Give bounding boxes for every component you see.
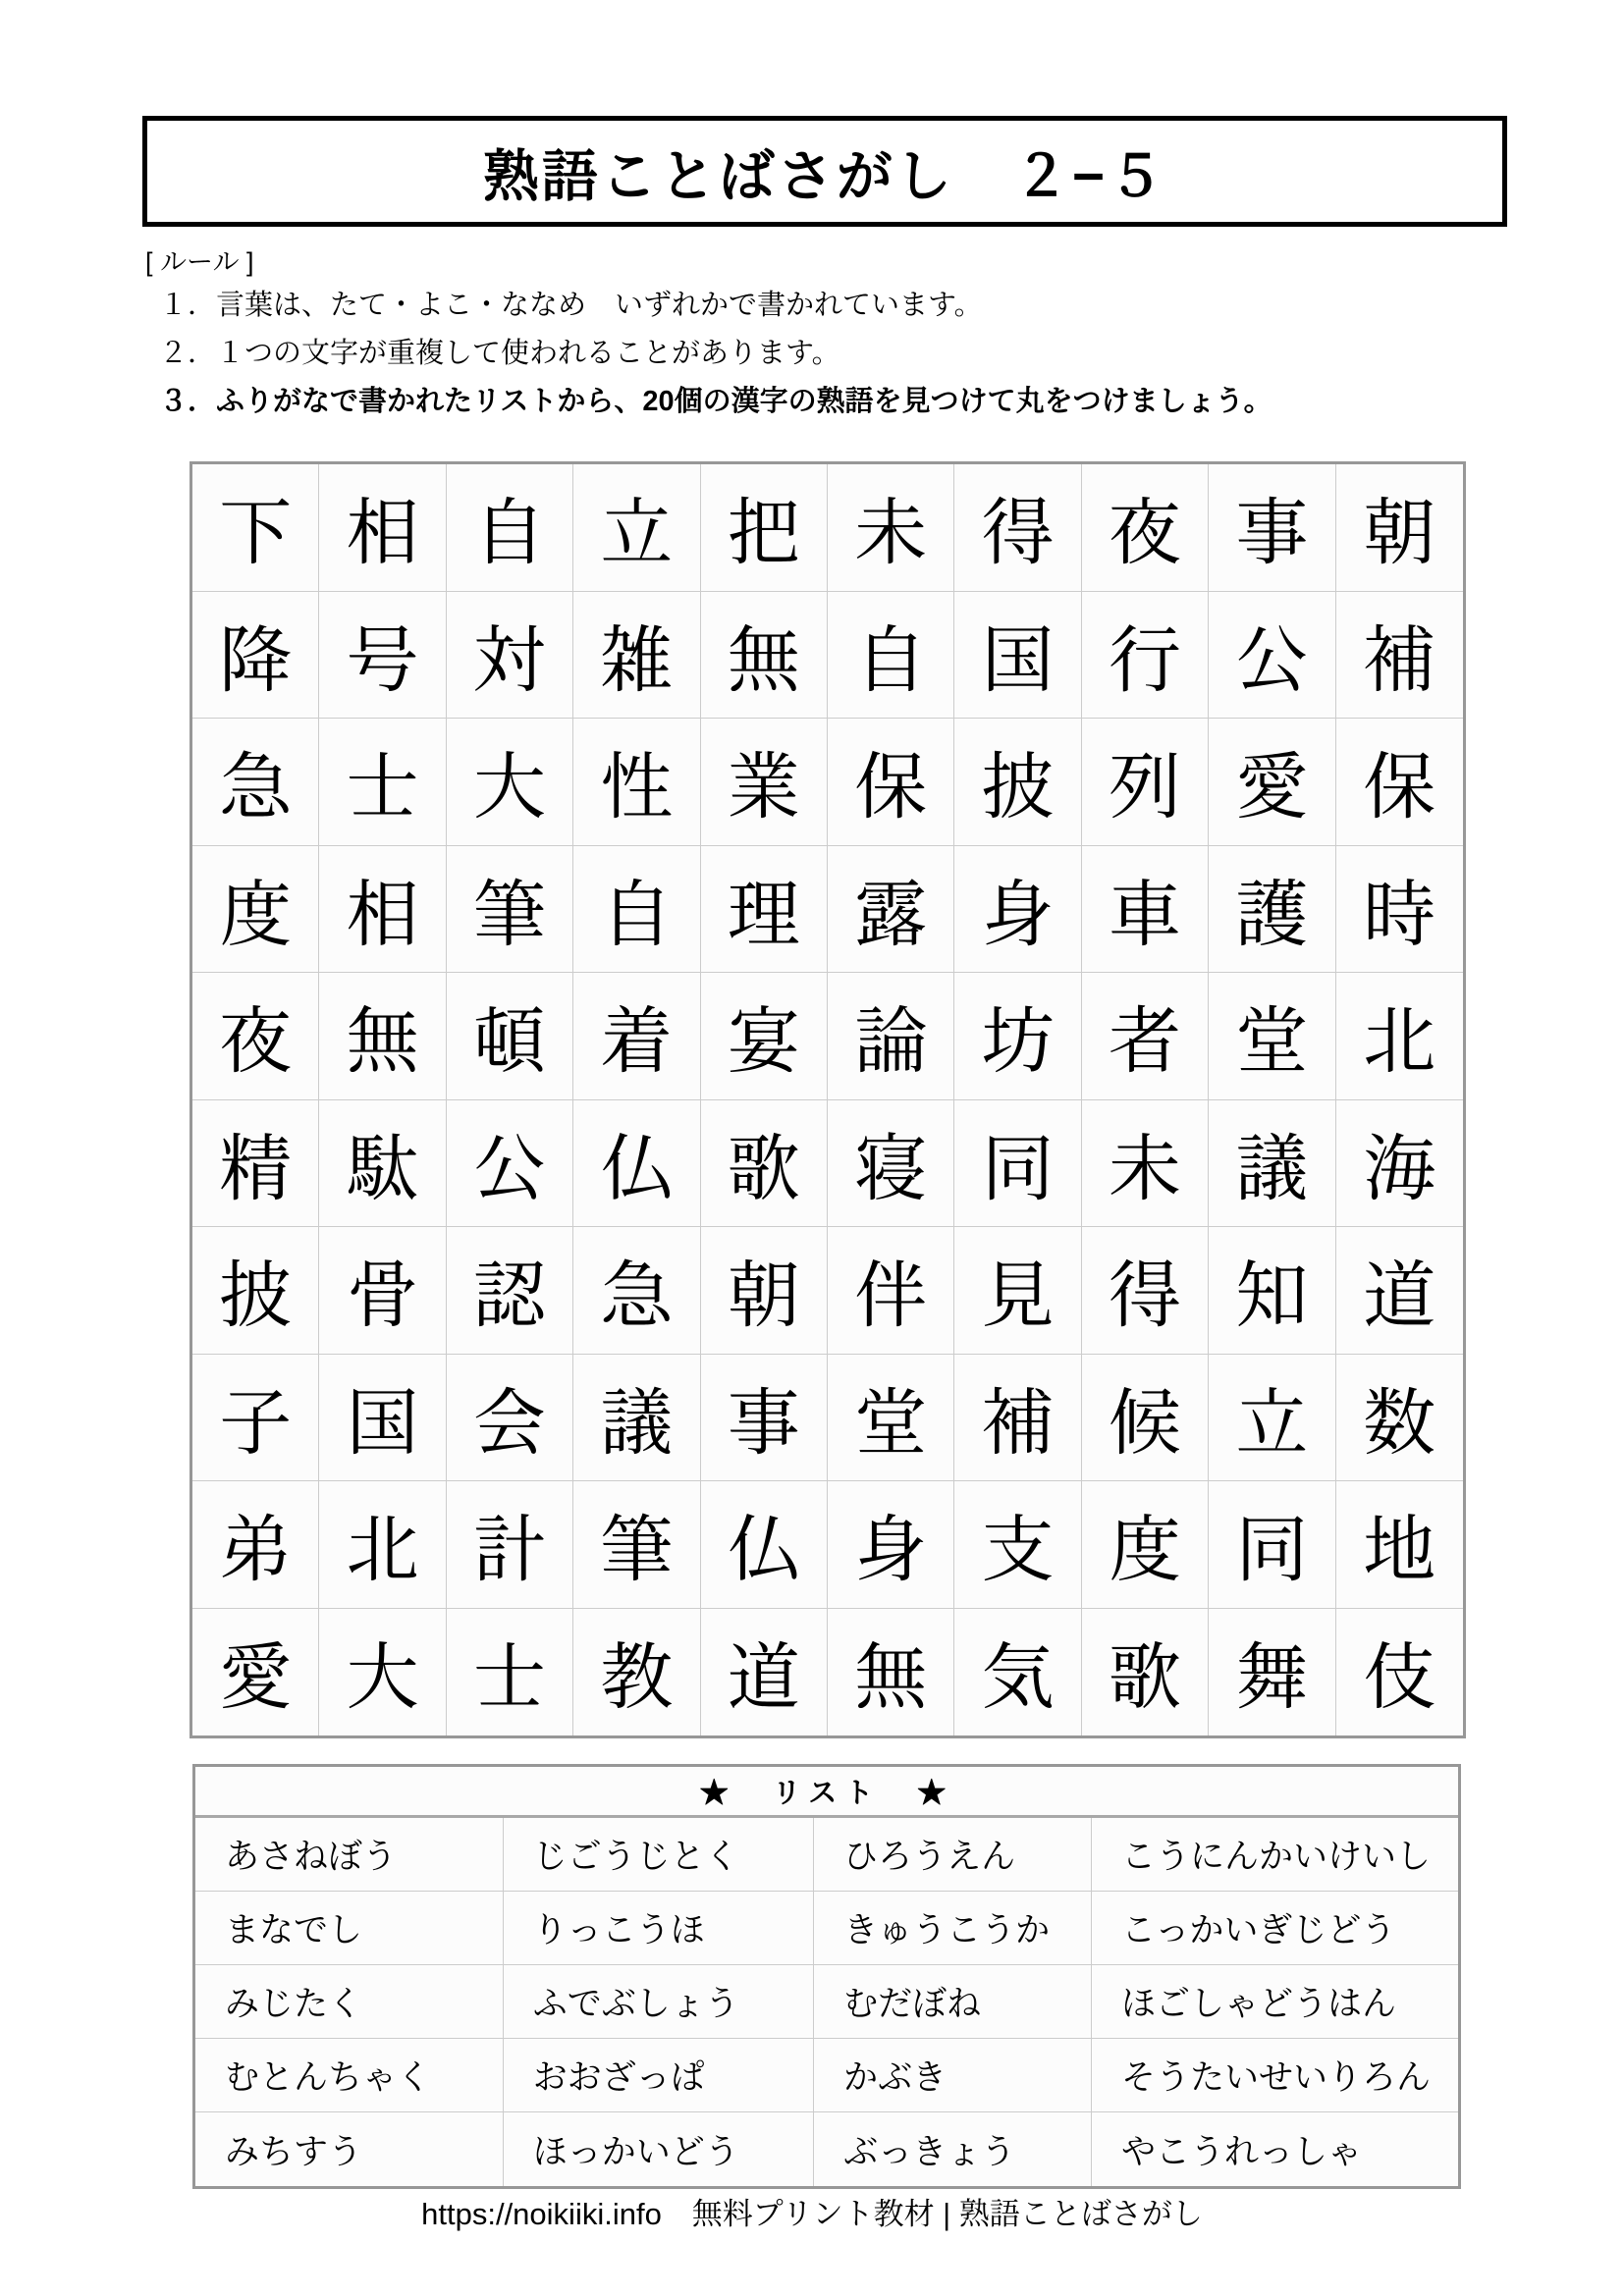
word-list-item: やこうれっしゃ <box>1092 2112 1458 2186</box>
grid-cell-r8c2: 国 <box>319 1355 446 1482</box>
grid-cell-r6c4: 仏 <box>573 1100 700 1228</box>
word-list-header: ★ リスト ★ <box>195 1767 1458 1818</box>
grid-cell-r7c7: 見 <box>954 1227 1081 1355</box>
grid-cell-r3c6: 保 <box>828 719 954 846</box>
list-row: みちすうほっかいどうぶっきょうやこうれっしゃ <box>195 2112 1458 2186</box>
grid-cell-r7c1: 披 <box>192 1227 319 1355</box>
grid-cell-r10c1: 愛 <box>192 1609 319 1736</box>
grid-cell-r2c7: 国 <box>954 592 1081 720</box>
grid-cell-r6c6: 寝 <box>828 1100 954 1228</box>
grid-cell-r1c5: 把 <box>701 464 828 592</box>
word-list-item: こっかいぎじどう <box>1092 1892 1458 1964</box>
grid-cell-r9c7: 支 <box>954 1481 1081 1609</box>
rule-2: ２．１つの文字が重複して使われることがあります。 <box>145 330 1272 378</box>
word-list-item: むとんちゃく <box>195 2039 504 2111</box>
grid-cell-r4c7: 身 <box>954 846 1081 974</box>
rules-section: [ ルール ] １．言葉は、たて・よこ・ななめ いずれかで書かれています。 ２．… <box>145 242 1272 426</box>
grid-cell-r9c8: 度 <box>1082 1481 1209 1609</box>
list-row: むとんちゃくおおざっぱかぶきそうたいせいりろん <box>195 2039 1458 2112</box>
word-list-item: じごうじとく <box>504 1818 814 1891</box>
grid-cell-r4c2: 相 <box>319 846 446 974</box>
grid-cell-r7c4: 急 <box>573 1227 700 1355</box>
grid-cell-r6c7: 同 <box>954 1100 1081 1228</box>
grid-cell-r8c5: 事 <box>701 1355 828 1482</box>
grid-cell-r5c1: 夜 <box>192 973 319 1100</box>
grid-cell-r9c3: 計 <box>447 1481 573 1609</box>
word-list-item: りっこうほ <box>504 1892 814 1964</box>
grid-cell-r5c8: 者 <box>1082 973 1209 1100</box>
grid-cell-r7c9: 知 <box>1209 1227 1335 1355</box>
word-list-item: みちすう <box>195 2112 504 2186</box>
grid-cell-r3c8: 列 <box>1082 719 1209 846</box>
grid-cell-r1c2: 相 <box>319 464 446 592</box>
grid-cell-r3c3: 大 <box>447 719 573 846</box>
grid-cell-r9c6: 身 <box>828 1481 954 1609</box>
grid-cell-r4c9: 護 <box>1209 846 1335 974</box>
grid-cell-r6c5: 歌 <box>701 1100 828 1228</box>
grid-cell-r2c1: 降 <box>192 592 319 720</box>
grid-cell-r1c6: 未 <box>828 464 954 592</box>
grid-cell-r8c3: 会 <box>447 1355 573 1482</box>
grid-cell-r9c1: 弟 <box>192 1481 319 1609</box>
grid-cell-r3c5: 業 <box>701 719 828 846</box>
grid-cell-r2c5: 無 <box>701 592 828 720</box>
word-list-item: みじたく <box>195 1965 504 2038</box>
grid-cell-r2c4: 雑 <box>573 592 700 720</box>
word-list-item: まなでし <box>195 1892 504 1964</box>
grid-cell-r6c9: 議 <box>1209 1100 1335 1228</box>
grid-cell-r1c10: 朝 <box>1336 464 1463 592</box>
grid-cell-r1c7: 得 <box>954 464 1081 592</box>
grid-cell-r4c1: 度 <box>192 846 319 974</box>
grid-cell-r4c5: 理 <box>701 846 828 974</box>
list-row: みじたくふでぶしょうむだぼねほごしゃどうはん <box>195 1965 1458 2039</box>
grid-cell-r8c1: 子 <box>192 1355 319 1482</box>
grid-cell-r7c2: 骨 <box>319 1227 446 1355</box>
grid-cell-r6c2: 駄 <box>319 1100 446 1228</box>
grid-cell-r5c3: 頓 <box>447 973 573 1100</box>
grid-cell-r10c4: 教 <box>573 1609 700 1736</box>
grid-cell-r5c5: 宴 <box>701 973 828 1100</box>
grid-cell-r4c3: 筆 <box>447 846 573 974</box>
grid-cell-r7c5: 朝 <box>701 1227 828 1355</box>
grid-cell-r10c6: 無 <box>828 1609 954 1736</box>
grid-cell-r5c4: 着 <box>573 973 700 1100</box>
grid-cell-r1c8: 夜 <box>1082 464 1209 592</box>
word-list-item: きゅうこうか <box>814 1892 1092 1964</box>
grid-cell-r4c10: 時 <box>1336 846 1463 974</box>
list-row: あさねぼうじごうじとくひろうえんこうにんかいけいし <box>195 1818 1458 1892</box>
word-list-item: おおざっぱ <box>504 2039 814 2111</box>
grid-cell-r1c1: 下 <box>192 464 319 592</box>
grid-cell-r5c7: 坊 <box>954 973 1081 1100</box>
title-box: 熟語ことばさがし ２−５ <box>142 116 1507 227</box>
grid-cell-r8c8: 候 <box>1082 1355 1209 1482</box>
word-list-item: そうたいせいりろん <box>1092 2039 1458 2111</box>
footer-text: https://noikiiki.info 無料プリント教材 | 熟語ことばさが… <box>0 2189 1624 2233</box>
grid-cell-r9c9: 同 <box>1209 1481 1335 1609</box>
grid-cell-r6c8: 未 <box>1082 1100 1209 1228</box>
grid-cell-r9c2: 北 <box>319 1481 446 1609</box>
grid-cell-r2c9: 公 <box>1209 592 1335 720</box>
grid-cell-r2c2: 号 <box>319 592 446 720</box>
rule-3: ３．ふりがなで書かれたリストから、20個の漢字の熟語を見つけて丸をつけましょう。 <box>145 378 1272 426</box>
grid-cell-r4c8: 車 <box>1082 846 1209 974</box>
word-list-item: あさねぼう <box>195 1818 504 1891</box>
list-row: まなでしりっこうほきゅうこうかこっかいぎじどう <box>195 1892 1458 1965</box>
grid-cell-r8c6: 堂 <box>828 1355 954 1482</box>
rule-1: １．言葉は、たて・よこ・ななめ いずれかで書かれています。 <box>145 282 1272 330</box>
grid-cell-r2c6: 自 <box>828 592 954 720</box>
grid-cell-r10c2: 大 <box>319 1609 446 1736</box>
page-title: 熟語ことばさがし ２−５ <box>483 132 1166 212</box>
grid-cell-r10c3: 士 <box>447 1609 573 1736</box>
grid-cell-r10c5: 道 <box>701 1609 828 1736</box>
grid-cell-r9c5: 仏 <box>701 1481 828 1609</box>
word-list-body: あさねぼうじごうじとくひろうえんこうにんかいけいしまなでしりっこうほきゅうこうか… <box>195 1818 1458 2186</box>
grid-cell-r5c6: 論 <box>828 973 954 1100</box>
word-list-item: こうにんかいけいし <box>1092 1818 1458 1891</box>
worksheet-page: 熟語ことばさがし ２−５ [ ルール ] １．言葉は、たて・よこ・ななめ いずれ… <box>0 0 1624 2296</box>
grid-cell-r1c4: 立 <box>573 464 700 592</box>
grid-cell-r3c9: 愛 <box>1209 719 1335 846</box>
grid-cell-r3c4: 性 <box>573 719 700 846</box>
word-list-item: かぶき <box>814 2039 1092 2111</box>
grid-cell-r3c1: 急 <box>192 719 319 846</box>
grid-cell-r7c8: 得 <box>1082 1227 1209 1355</box>
grid-cell-r7c6: 伴 <box>828 1227 954 1355</box>
grid-cell-r9c10: 地 <box>1336 1481 1463 1609</box>
grid-cell-r2c8: 行 <box>1082 592 1209 720</box>
word-list-item: むだぼね <box>814 1965 1092 2038</box>
grid-cell-r6c1: 精 <box>192 1100 319 1228</box>
grid-cell-r1c3: 自 <box>447 464 573 592</box>
grid-cell-r3c2: 士 <box>319 719 446 846</box>
word-list-table: ★ リスト ★ あさねぼうじごうじとくひろうえんこうにんかいけいしまなでしりっこ… <box>192 1764 1461 2189</box>
word-list-item: ふでぶしょう <box>504 1965 814 2038</box>
grid-cell-r3c7: 披 <box>954 719 1081 846</box>
word-list-item: ほごしゃどうはん <box>1092 1965 1458 2038</box>
word-list-item: ぶっきょう <box>814 2112 1092 2186</box>
grid-cell-r4c4: 自 <box>573 846 700 974</box>
rules-heading: [ ルール ] <box>145 242 1272 282</box>
grid-cell-r10c8: 歌 <box>1082 1609 1209 1736</box>
grid-cell-r10c7: 気 <box>954 1609 1081 1736</box>
grid-cell-r6c3: 公 <box>447 1100 573 1228</box>
word-list-item: ひろうえん <box>814 1818 1092 1891</box>
word-list-item: ほっかいどう <box>504 2112 814 2186</box>
grid-cell-r8c10: 数 <box>1336 1355 1463 1482</box>
grid-cell-r5c9: 堂 <box>1209 973 1335 1100</box>
kanji-grid: 下相自立把未得夜事朝降号対雑無自国行公補急士大性業保披列愛保度相筆自理露身車護時… <box>189 461 1466 1738</box>
grid-cell-r10c10: 伎 <box>1336 1609 1463 1736</box>
grid-cell-r1c9: 事 <box>1209 464 1335 592</box>
grid-cell-r7c10: 道 <box>1336 1227 1463 1355</box>
grid-cell-r9c4: 筆 <box>573 1481 700 1609</box>
grid-cell-r2c10: 補 <box>1336 592 1463 720</box>
grid-cell-r4c6: 露 <box>828 846 954 974</box>
grid-cell-r7c3: 認 <box>447 1227 573 1355</box>
grid-cell-r5c10: 北 <box>1336 973 1463 1100</box>
grid-cell-r3c10: 保 <box>1336 719 1463 846</box>
grid-cell-r8c7: 補 <box>954 1355 1081 1482</box>
grid-cell-r8c4: 議 <box>573 1355 700 1482</box>
grid-cell-r6c10: 海 <box>1336 1100 1463 1228</box>
grid-cell-r8c9: 立 <box>1209 1355 1335 1482</box>
grid-cell-r10c9: 舞 <box>1209 1609 1335 1736</box>
grid-cell-r2c3: 対 <box>447 592 573 720</box>
grid-cell-r5c2: 無 <box>319 973 446 1100</box>
